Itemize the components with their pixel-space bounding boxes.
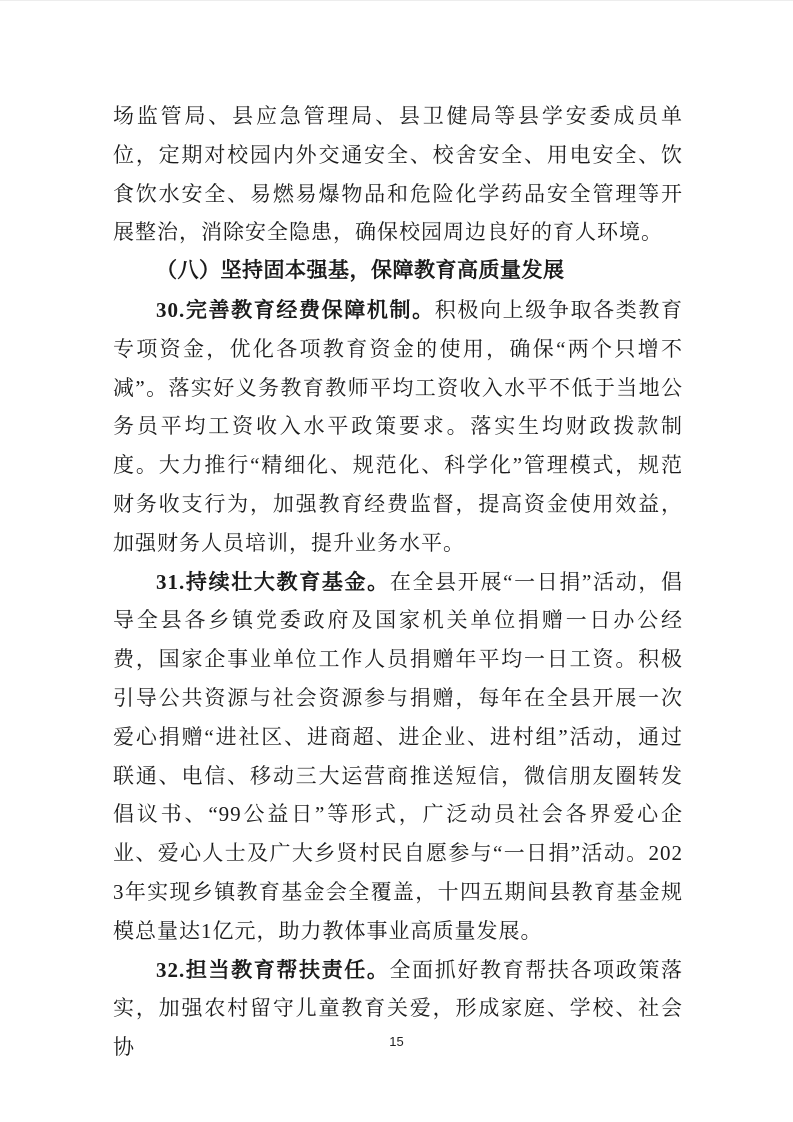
text-block: 场监管局、县应急管理局、县卫健局等县学安委成员单位，定期对校园内外交通安全、校舍… [113, 97, 683, 1067]
item-30-body: 积极向上级争取各类教育专项资金，优化各项教育资金的使用，确保“两个只增不减”。落… [113, 298, 683, 555]
page-number: 15 [0, 1034, 793, 1049]
paragraph-item-31: 31.持续壮大教育基金。在全县开展“一日捐”活动，倡导全县各乡镇党委政府及国家机… [113, 563, 683, 951]
paragraph-item-30: 30.完善教育经费保障机制。积极向上级争取各类教育专项资金，优化各项教育资金的使… [113, 291, 683, 563]
section-heading-8: （八）坚持固本强基，保障教育高质量发展 [113, 252, 683, 291]
paragraph-item-32: 32.担当教育帮扶责任。全面抓好教育帮扶各项政策落实，加强农村留守儿童教育关爱，… [113, 951, 683, 1067]
item-31-body: 在全县开展“一日捐”活动，倡导全县各乡镇党委政府及国家机关单位捐赠一日办公经费，… [113, 570, 683, 943]
paragraph-continuation: 场监管局、县应急管理局、县卫健局等县学安委成员单位，定期对校园内外交通安全、校舍… [113, 97, 683, 252]
item-30-lead: 30.完善教育经费保障机制。 [156, 298, 435, 322]
item-31-lead: 31.持续壮大教育基金。 [156, 570, 390, 594]
document-page: 场监管局、县应急管理局、县卫健局等县学安委成员单位，定期对校园内外交通安全、校舍… [0, 0, 793, 1122]
item-32-lead: 32.担当教育帮扶责任。 [156, 958, 390, 982]
